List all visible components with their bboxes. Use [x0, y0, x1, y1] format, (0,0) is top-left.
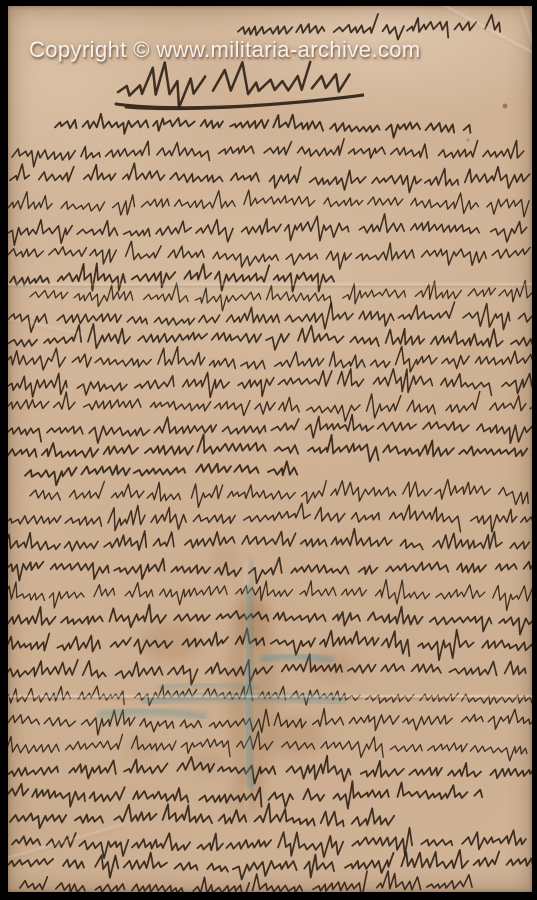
scanned-letter-photo: Copyright © www.militaria-archive.com: [0, 0, 537, 900]
dateline-handwriting: [234, 14, 502, 50]
letter-body-handwriting: [8, 114, 532, 892]
salutation-handwriting: [112, 68, 384, 112]
letter-paper: Copyright © www.militaria-archive.com: [8, 6, 532, 892]
